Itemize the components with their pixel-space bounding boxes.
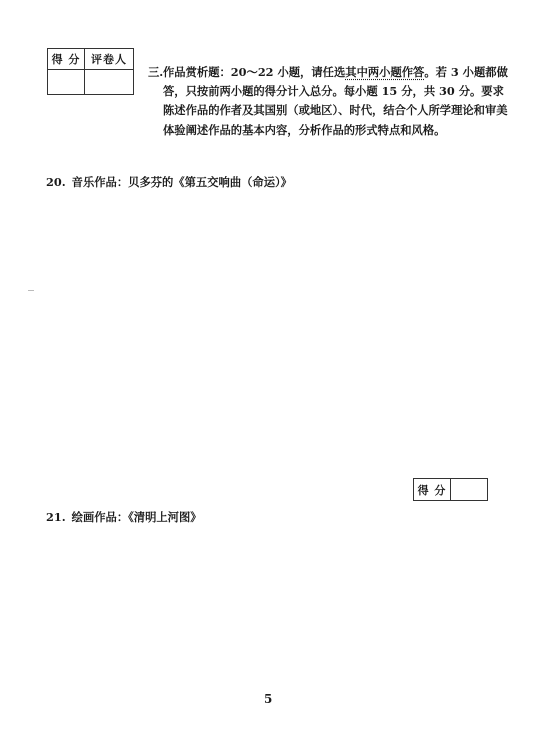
scan-artifact bbox=[28, 290, 34, 291]
question-number: 20. bbox=[46, 175, 66, 189]
section-instructions-emphasis: 其中两小题作答 bbox=[345, 65, 424, 79]
grader-cell[interactable] bbox=[85, 70, 134, 95]
section-instructions: 三.作品赏析题：20～22 小题，请任选其中两小题作答。若 3 小题都做答，只按… bbox=[148, 63, 508, 140]
question-21: 21.绘画作品：《清明上河图》 bbox=[46, 509, 202, 525]
score-header: 得 分 bbox=[414, 479, 451, 501]
section-instructions-part1: ：20～22 小题，请任选 bbox=[220, 65, 346, 79]
score-grader-table: 得 分 评卷人 bbox=[47, 48, 134, 95]
section-body: 作品赏析题：20～22 小题，请任选其中两小题作答。若 3 小题都做答，只按前两… bbox=[148, 63, 508, 140]
score-cell[interactable] bbox=[48, 70, 85, 95]
section-title: 作品赏析题 bbox=[163, 65, 220, 79]
section-number: 三. bbox=[148, 63, 163, 82]
question-text: 音乐作品：贝多芬的《第五交响曲（命运）》 bbox=[72, 175, 292, 189]
grader-header: 评卷人 bbox=[85, 49, 134, 70]
score-header: 得 分 bbox=[48, 49, 85, 70]
score-cell[interactable] bbox=[451, 479, 488, 501]
question-text: 绘画作品：《清明上河图》 bbox=[72, 510, 202, 524]
page-number: 5 bbox=[264, 692, 272, 706]
question-20: 20.音乐作品：贝多芬的《第五交响曲（命运）》 bbox=[46, 174, 292, 190]
score-box: 得 分 bbox=[413, 478, 488, 501]
question-number: 21. bbox=[46, 510, 66, 524]
